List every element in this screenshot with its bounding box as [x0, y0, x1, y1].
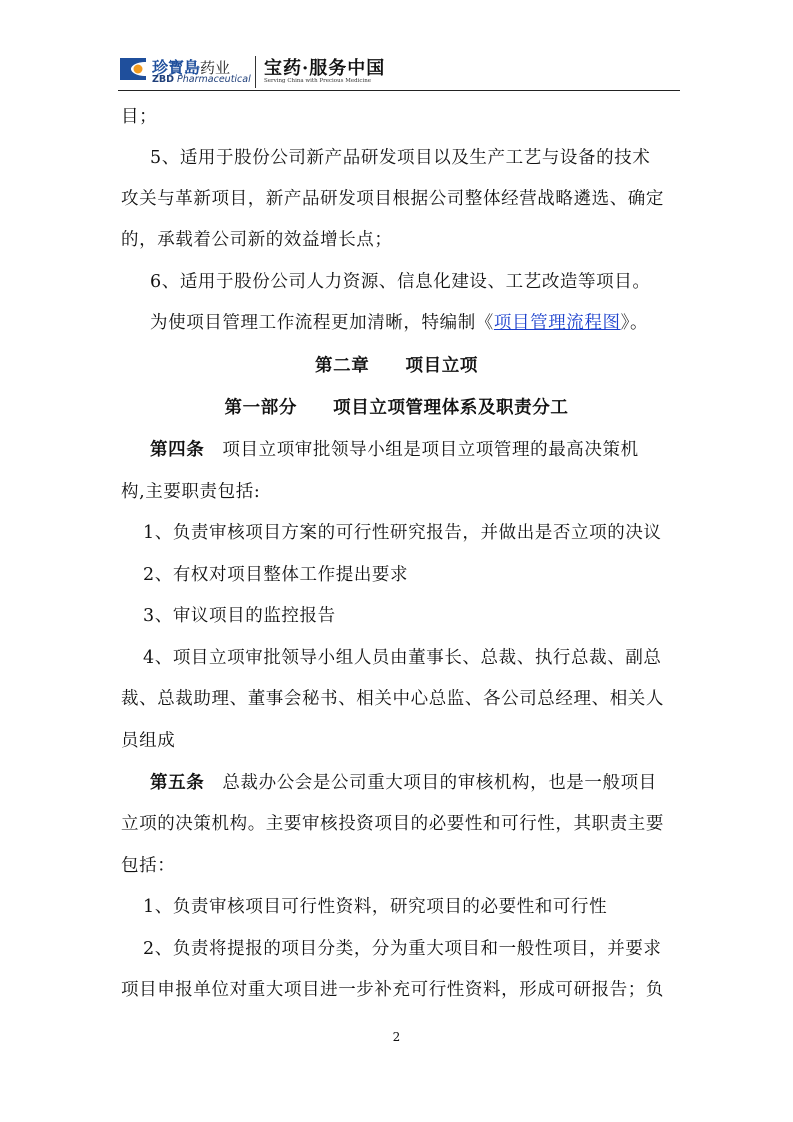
article-4-paragraph: 第四条 项目立项审批领导小组是项目立项管理的最高决策机 — [150, 440, 705, 460]
text-line: 目； — [121, 107, 676, 127]
page-header: 珍寳島药业 ZBD Pharmaceutical 宝药·服务中国 Serving… — [118, 52, 680, 90]
document-page: 珍寳島药业 ZBD Pharmaceutical 宝药·服务中国 Serving… — [0, 0, 793, 1122]
part-heading: 第一部分 项目立项管理体系及职责分工 — [0, 398, 793, 418]
slogan-en: Serving China with Precious Medicine — [264, 78, 371, 84]
company-logo-icon — [120, 58, 146, 80]
text-line: 员组成 — [121, 731, 676, 751]
flow-sentence-prefix: 为使项目管理工作流程更加清晰，特编制《 — [150, 313, 494, 333]
header-rule — [118, 90, 680, 91]
text-line: 裁、总裁助理、董事会秘书、相关中心总监、各公司总经理、相关人 — [121, 689, 676, 709]
text-line: 的，承载着公司新的效益增长点； — [121, 230, 676, 250]
article-5-paragraph: 第五条 总裁办公会是公司重大项目的审核机构，也是一般项目 — [150, 773, 705, 793]
text-line: 攻关与革新项目，新产品研发项目根据公司整体经营战略遴选、确定 — [121, 189, 676, 209]
company-type: Pharmaceutical — [177, 74, 251, 85]
flow-sentence: 为使项目管理工作流程更加清晰，特编制《项目管理流程图》。 — [150, 313, 705, 333]
text-line: 项目申报单位对重大项目进一步补充可行性资料，形成可研报告；负 — [121, 980, 676, 1000]
slogan-cn: 宝药·服务中国 — [264, 54, 385, 80]
text-line: 构,主要职责包括: — [121, 482, 676, 502]
article-5-text: 总裁办公会是公司重大项目的审核机构，也是一般项目 — [204, 773, 657, 793]
header-divider — [255, 56, 256, 88]
article-5-label: 第五条 — [150, 773, 204, 793]
list-item-5: 5、适用于股份公司新产品研发项目以及生产工艺与设备的技术 — [150, 148, 705, 168]
page-number: 2 — [0, 1030, 793, 1044]
text-line: 立项的决策机构。主要审核投资项目的必要性和可行性，其职责主要 — [121, 814, 676, 834]
article-4-text: 项目立项审批领导小组是项目立项管理的最高决策机 — [204, 440, 638, 460]
article-4-item-4: 4、项目立项审批领导小组人员由董事长、总裁、执行总裁、副总 — [143, 648, 698, 668]
list-item-6: 6、适用于股份公司人力资源、信息化建设、工艺改造等项目。 — [150, 272, 705, 292]
article-4-label: 第四条 — [150, 440, 204, 460]
article-4-item-3: 3、审议项目的监控报告 — [143, 606, 698, 626]
flowchart-link[interactable]: 项目管理流程图 — [494, 313, 621, 333]
article-4-item-1: 1、负责审核项目方案的可行性研究报告，并做出是否立项的决议 — [143, 523, 698, 543]
chapter-heading: 第二章 项目立项 — [0, 356, 793, 376]
article-5-item-1: 1、负责审核项目可行性资料，研究项目的必要性和可行性 — [143, 897, 698, 917]
text-line: 包括： — [121, 856, 676, 876]
article-5-item-2: 2、负责将提报的项目分类，分为重大项目和一般性项目，并要求 — [143, 939, 698, 959]
company-abbr: ZBD — [152, 74, 174, 85]
company-name-en: ZBD Pharmaceutical — [152, 74, 251, 85]
article-4-item-2: 2、有权对项目整体工作提出要求 — [143, 565, 698, 585]
flow-sentence-suffix: 》。 — [621, 313, 648, 333]
